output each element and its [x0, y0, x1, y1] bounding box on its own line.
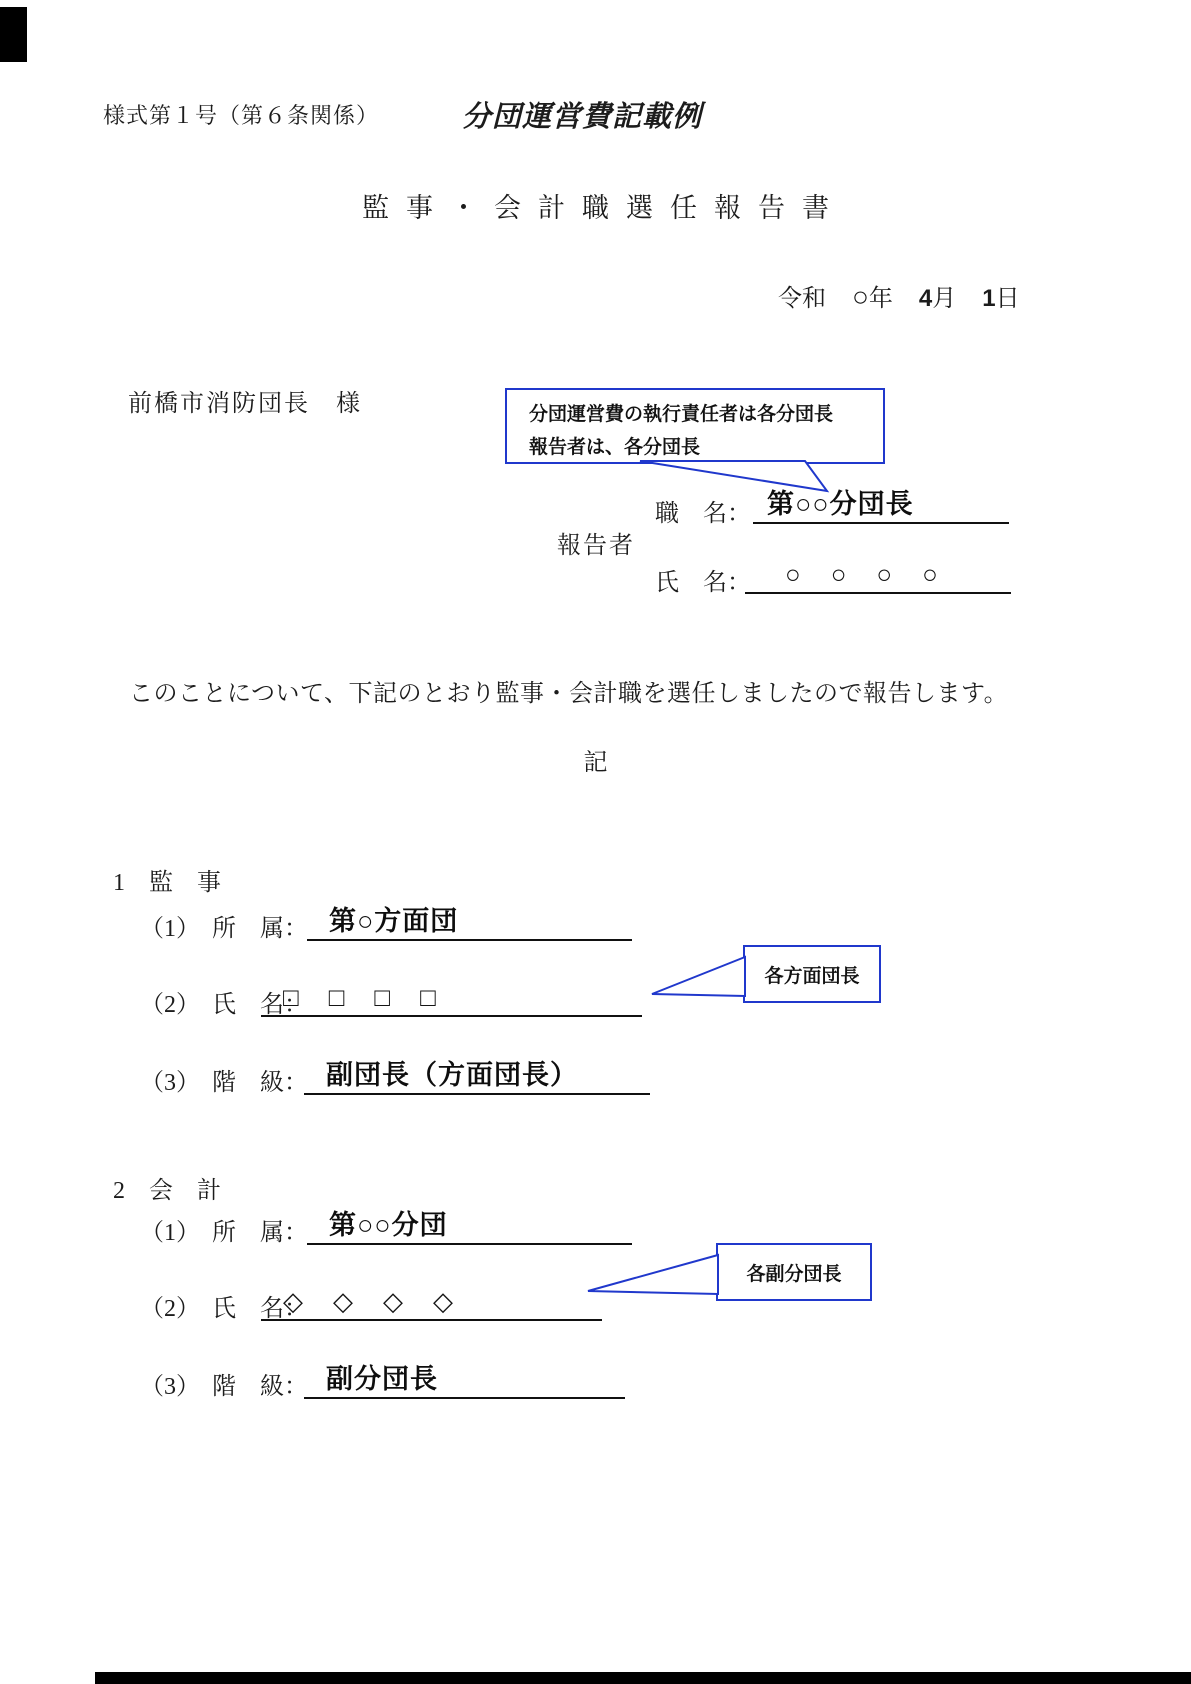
fuku-bundancho-callout-text: 各副分団長 [746, 1259, 841, 1286]
section-2-name-field: ◇ ◇ ◇ ◇ [261, 1281, 602, 1321]
example-label: 分団運営費記載例 [462, 94, 702, 135]
section-1-affiliation-field: 第○方面団 [307, 901, 632, 941]
homen-leader-callout: 各方面団長 [743, 945, 881, 1003]
section-1-rank-value: 副団長（方面団長） [326, 1053, 578, 1092]
reporter-note-line1: 分団運営費の執行責任者は各分団長 [529, 398, 883, 431]
page-title: 監事・会計職選任報告書 [0, 186, 1191, 225]
date-month-unit: 月 [932, 286, 956, 312]
date-day: 1 [982, 285, 995, 312]
homen-leader-callout-text: 各方面団長 [764, 961, 859, 988]
date-year-placeholder: ○ [852, 282, 869, 313]
body-text: このことについて、下記のとおり監事・会計職を選任しましたので報告します。 [129, 673, 1008, 708]
section-1-rank-field: 副団長（方面団長） [304, 1055, 650, 1095]
job-title-label: 職 名： [655, 493, 751, 528]
scan-artifact-bottom [95, 1672, 1191, 1684]
addressee: 前橋市消防団長 様 [128, 383, 362, 418]
section-1-row-1-label: （1） 所 属： [140, 908, 308, 943]
date-line: 令和○年4月1日 [778, 278, 1020, 314]
section-2-rank-value: 副分団長 [326, 1357, 438, 1396]
name-label: 氏 名： [655, 562, 751, 597]
reporter-label: 報告者 [557, 525, 635, 560]
section-2-affiliation-field: 第○○分団 [307, 1205, 632, 1245]
section-2-row-3-label: （3） 階 級： [140, 1366, 308, 1401]
section-2-rank-field: 副分団長 [304, 1359, 625, 1399]
fuku-bundancho-callout: 各副分団長 [716, 1243, 872, 1301]
section-1-row-3-label: （3） 階 級： [140, 1062, 308, 1097]
section-1-name-value: □ □ □ □ [283, 977, 438, 1014]
section-2-name-value: ◇ ◇ ◇ ◇ [283, 1281, 455, 1318]
scan-artifact-top-left [0, 7, 27, 62]
section-1-affiliation-value: 第○方面団 [329, 899, 458, 938]
name-value: ○ ○ ○ ○ [785, 554, 940, 591]
name-field: ○ ○ ○ ○ [745, 556, 1011, 594]
section-2-row-1-label: （1） 所 属： [140, 1212, 308, 1247]
document-page: 様式第１号（第６条関係） 分団運営費記載例 監事・会計職選任報告書 令和○年4月… [0, 0, 1191, 1684]
section-2-heading: 2 会 計 [113, 1170, 221, 1205]
date-year-unit: 年 [869, 286, 893, 312]
callout-tail-icon [640, 950, 750, 1002]
reporter-note-callout: 分団運営費の執行責任者は各分団長 報告者は、各分団長 [505, 388, 885, 464]
ki-label: 記 [0, 742, 1191, 777]
date-month: 4 [919, 285, 932, 312]
section-1-name-field: □ □ □ □ [261, 977, 642, 1017]
job-title-field: 第○○分団長 [753, 486, 1009, 524]
section-2-affiliation-value: 第○○分団 [329, 1203, 448, 1242]
date-era: 令和 [778, 286, 826, 312]
job-title-value: 第○○分団長 [767, 482, 914, 521]
date-day-unit: 日 [996, 286, 1020, 312]
form-number: 様式第１号（第６条関係） [103, 99, 379, 130]
section-1-heading: 1 監 事 [113, 862, 221, 897]
